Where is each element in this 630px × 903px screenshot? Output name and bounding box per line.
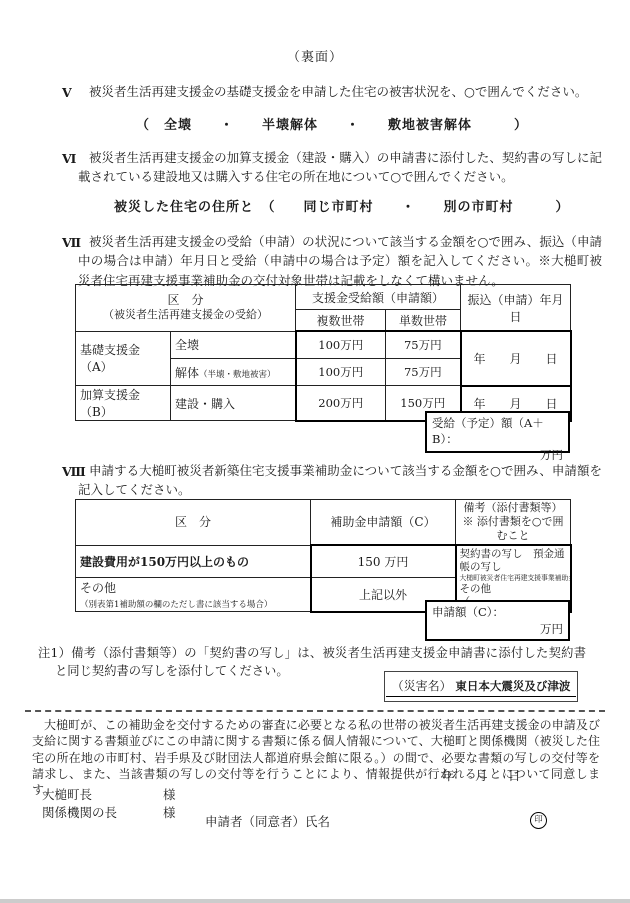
t2-header-remarks-line2: ※ 添付書類を○で囲むこと (460, 515, 566, 544)
t1-demolition-multi: 100万円 (296, 359, 386, 386)
section-v-text: 被災者生活再建支援金の基礎支援金を申請した住宅の被害状況を、○で囲んでください。 (78, 82, 602, 101)
addressee-mayor-honorific: 様 (163, 785, 176, 803)
section-v: Ⅴ 被災者生活再建支援金の基礎支援金を申請した住宅の被害状況を、○で囲んでくださ… (62, 82, 602, 101)
t2-row2-label-main: その他 (80, 581, 116, 595)
t1-basic-grant-label: 基礎支援金（A） (76, 331, 171, 386)
t1-total-collapse-label: 全壊 (171, 331, 296, 359)
location-options: 被災した住宅の住所と （ 同じ市町村 ・ 別の市町村 ） (114, 196, 570, 215)
subsidy-table: 区 分 補助金申請額（C） 備考（添付書類等） ※ 添付書類を○で囲むこと 建設… (75, 499, 572, 613)
expected-total-label: 受給（予定）額（A＋B）： (432, 415, 563, 447)
t1-demolition-label: 解体（半壊・敷地被害） (171, 359, 296, 386)
application-amount-label: 申請額（C）： (432, 604, 563, 620)
disaster-name-underline: （災害名） 東日本大震災及び津波 (386, 677, 577, 697)
section-v-numeral: Ⅴ (62, 83, 72, 102)
t1-header-category-line1: 区 分 (80, 293, 291, 308)
t1-construction-label: 建設・購入 (171, 386, 296, 421)
t1-total-collapse-single: 75万円 (386, 331, 461, 359)
scan-bottom-edge (0, 899, 630, 903)
t2-remarks-notice-copy: 大槌町被災者住宅再建支援事業補助金交付決定通知書の写し (460, 574, 567, 582)
t2-remarks-contract-copy: 契約書の写し 預金通帳の写し (460, 548, 567, 574)
t1-demolition-single: 75万円 (386, 359, 461, 386)
section-viii-text: 申請する大槌町被災者新築住宅支援事業補助金について該当する金額を○で囲み、申請額… (78, 461, 602, 500)
t1-demolition-label-main: 解体 (175, 366, 199, 380)
t1-header-category-line2: （被災者生活再建支援金の受給） (80, 308, 291, 322)
disaster-name-label: （災害名） (392, 679, 452, 693)
t1-header-category: 区 分 （被災者生活再建支援金の受給） (76, 285, 296, 332)
t2-row1-label: 建設費用が150万円以上のもの (76, 545, 311, 578)
section-vi-text: 被災者生活再建支援金の加算支援金（建設・購入）の申請書に添付した、契約書の写しに… (78, 148, 602, 187)
t1-basic-date-cell: 年 月 日 (461, 331, 571, 386)
t2-row2-label-note: （別表第1補助額の欄のただし書に該当する場合） (80, 600, 272, 610)
t2-row1-amount: 150 万円 (311, 545, 456, 578)
support-grant-table: 区 分 （被災者生活再建支援金の受給） 支援金受給額（申請額） 振込（申請）年月… (75, 284, 572, 422)
section-vi-numeral: Ⅵ (62, 149, 76, 168)
t1-construction-multi: 200万円 (296, 386, 386, 421)
section-vi: Ⅵ 被災者生活再建支援金の加算支援金（建設・購入）の申請書に添付した、契約書の写… (62, 148, 602, 187)
disaster-name-value: 東日本大震災及び津波 (455, 679, 570, 693)
dashed-separator (25, 710, 605, 712)
t1-additional-grant-label: 加算支援金（B） (76, 386, 171, 421)
t1-demolition-label-note: （半壊・敷地被害） (199, 370, 276, 380)
t1-total-collapse-multi: 100万円 (296, 331, 386, 359)
addressee-agency-honorific: 様 (163, 803, 176, 821)
support-grant-table-wrap: 区 分 （被災者生活再建支援金の受給） 支援金受給額（申請額） 振込（申請）年月… (75, 284, 572, 422)
t1-header-multi-household: 複数世帯 (296, 310, 386, 332)
addressee-related-agency: 関係機関の長 (42, 803, 117, 821)
application-amount-box: 申請額（C）： 万円 (425, 600, 570, 641)
t1-header-single-household: 単数世帯 (386, 310, 461, 332)
t1-header-transfer-date: 振込（申請）年月日 (461, 285, 571, 332)
subsidy-table-wrap: 区 分 補助金申請額（C） 備考（添付書類等） ※ 添付書類を○で囲むこと 建設… (75, 499, 572, 613)
t2-header-category: 区 分 (76, 500, 311, 546)
form-back-page: （裏面） Ⅴ 被災者生活再建支援金の基礎支援金を申請した住宅の被害状況を、○で囲… (0, 0, 630, 903)
application-amount-unit: 万円 (540, 621, 563, 637)
section-vii-numeral: Ⅶ (62, 233, 81, 252)
consent-paragraph: 大槌町が、この補助金を交付するための審査に必要となる私の世帯の被災者生活再建支援… (32, 717, 600, 799)
section-vii: Ⅶ 被災者生活再建支援金の受給（申請）の状況について該当する金額を○で囲み、振込… (62, 232, 602, 290)
t2-header-amount: 補助金申請額（C） (311, 500, 456, 546)
back-title: （裏面） (0, 46, 630, 65)
consent-date-line: 年 月 日 (442, 766, 525, 784)
seal-stamp-icon: 印 (530, 812, 547, 829)
t2-row2-label: その他（別表第1補助額の欄のただし書に該当する場合） (76, 578, 311, 612)
section-viii: Ⅷ 申請する大槌町被災者新築住宅支援事業補助金について該当する金額を○で囲み、申… (62, 461, 602, 500)
section-viii-numeral: Ⅷ (62, 462, 86, 481)
expected-total-amount-box: 受給（予定）額（A＋B）： 万円 (425, 411, 570, 453)
t2-header-remarks-line1: 備考（添付書類等） (460, 501, 566, 515)
section-vii-text: 被災者生活再建支援金の受給（申請）の状況について該当する金額を○で囲み、振込（申… (78, 232, 602, 290)
damage-status-options: （ 全壊 ・ 半壊解体 ・ 敷地被害解体 ） (0, 114, 630, 133)
addressee-mayor: 大槌町長 (42, 785, 92, 803)
disaster-name-box: （災害名） 東日本大震災及び津波 (384, 671, 578, 702)
applicant-name-label: 申請者（同意者）氏名 (205, 812, 330, 830)
t1-header-amount: 支援金受給額（申請額） (296, 285, 461, 310)
t2-header-remarks: 備考（添付書類等） ※ 添付書類を○で囲むこと (456, 500, 571, 546)
